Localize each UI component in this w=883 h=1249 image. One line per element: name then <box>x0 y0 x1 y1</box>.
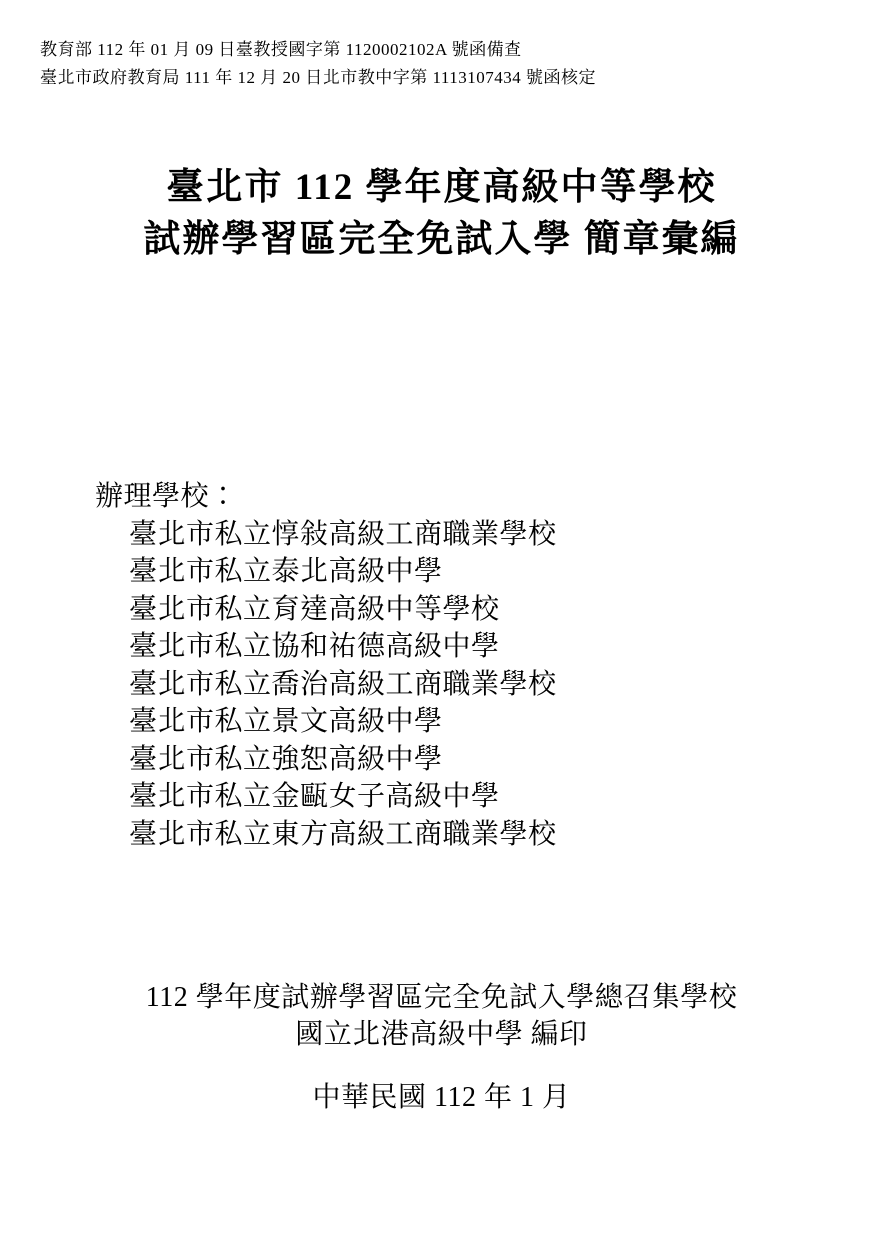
school-item: 臺北市私立協和祐德高級中學 <box>129 628 557 666</box>
school-item: 臺北市私立育達高級中等學校 <box>129 591 557 629</box>
approval-line-taipei-doe: 臺北市政府教育局 111 年 12 月 20 日北市教中字第 111310743… <box>40 64 596 92</box>
publisher-line-coordinating-school: 112 學年度試辦學習區完全免試入學總召集學校 <box>0 980 883 1017</box>
publication-date: 中華民國 112 年 1 月 <box>0 1080 883 1116</box>
school-item: 臺北市私立泰北高級中學 <box>129 553 557 591</box>
document-page: 教育部 112 年 01 月 09 日臺教授國字第 1120002102A 號函… <box>0 0 883 1249</box>
publisher-line-edited-by: 國立北港高級中學 編印 <box>0 1017 883 1054</box>
school-item: 臺北市私立東方高級工商職業學校 <box>129 816 557 854</box>
approval-header: 教育部 112 年 01 月 09 日臺教授國字第 1120002102A 號函… <box>40 36 596 92</box>
school-item: 臺北市私立喬治高級工商職業學校 <box>129 666 557 704</box>
school-item: 臺北市私立金甌女子高級中學 <box>129 778 557 816</box>
publisher-block: 112 學年度試辦學習區完全免試入學總召集學校 國立北港高級中學 編印 <box>0 980 883 1053</box>
organizing-schools-heading: 辦理學校： <box>95 478 557 516</box>
school-item: 臺北市私立惇敍高級工商職業學校 <box>129 516 557 554</box>
school-list: 臺北市私立惇敍高級工商職業學校 臺北市私立泰北高級中學 臺北市私立育達高級中等學… <box>129 516 557 854</box>
organizing-schools-section: 辦理學校： 臺北市私立惇敍高級工商職業學校 臺北市私立泰北高級中學 臺北市私立育… <box>95 478 557 853</box>
school-item: 臺北市私立強恕高級中學 <box>129 741 557 779</box>
approval-line-moe: 教育部 112 年 01 月 09 日臺教授國字第 1120002102A 號函… <box>40 36 596 64</box>
document-title: 臺北市 112 學年度高級中等學校 試辦學習區完全免試入學 簡章彙編 <box>0 162 883 266</box>
title-line-2: 試辦學習區完全免試入學 簡章彙編 <box>0 214 883 266</box>
title-line-1: 臺北市 112 學年度高級中等學校 <box>0 162 883 214</box>
school-item: 臺北市私立景文高級中學 <box>129 703 557 741</box>
